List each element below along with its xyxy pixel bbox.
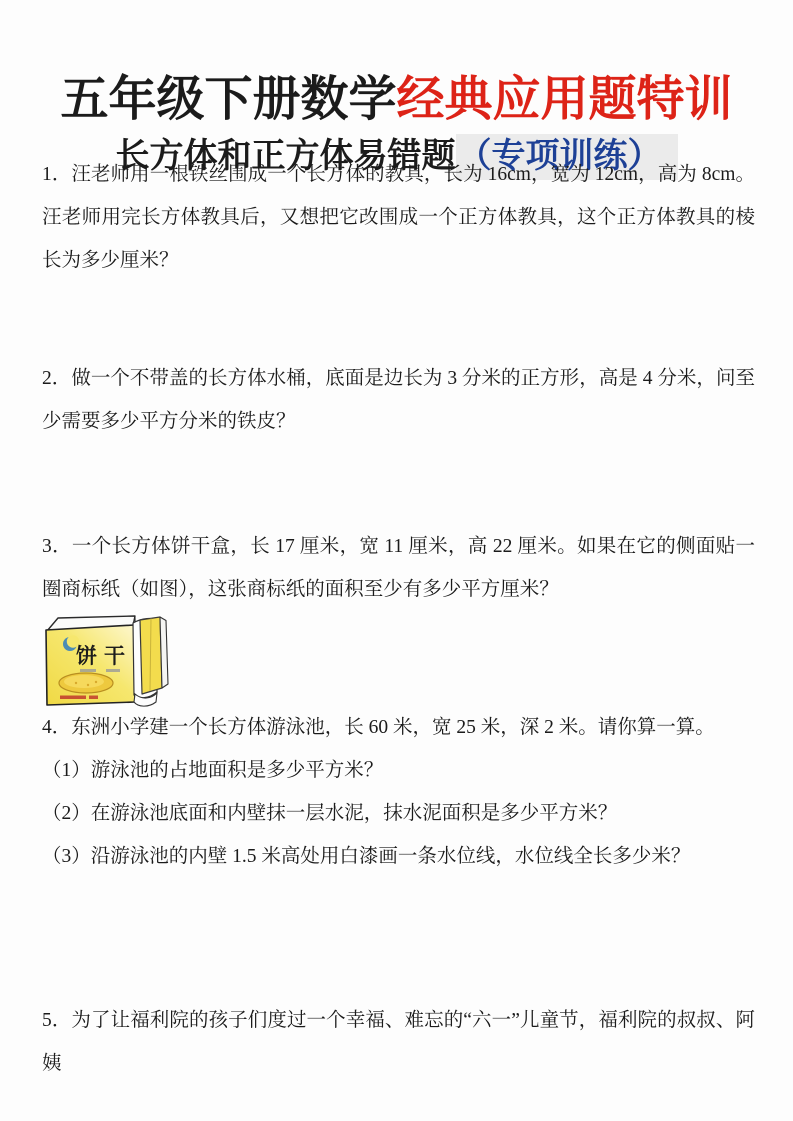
problem-4-main: 4．东洲小学建一个长方体游泳池，长 60 米，宽 25 米，深 2 米。请你算一… <box>42 706 755 749</box>
label-small-text-mark <box>80 669 96 672</box>
problem-3: 3．一个长方体饼干盒，长 17 厘米，宽 11 厘米，高 22 厘米。如果在它的… <box>42 525 755 611</box>
problem-4: 4．东洲小学建一个长方体游泳池，长 60 米，宽 25 米，深 2 米。请你算一… <box>42 706 755 878</box>
label-flap-white-edge <box>160 617 168 688</box>
title-red-part: 经典应用题特训 <box>397 73 733 126</box>
cookie-dot <box>75 682 77 684</box>
label-red-text-mark <box>89 696 98 700</box>
worksheet-page: 五年级下册数学经典应用题特训 长方体和正方体易错题（专项训练） 1．汪老师用一根… <box>0 0 793 1121</box>
problem-4-part-3: （3）沿游泳池的内壁 1.5 米高处用白漆画一条水位线，水位线全长多少米？ <box>42 835 755 878</box>
biscuit-box-illustration: 饼干 <box>42 614 174 712</box>
problem-4-part-2: （2）在游泳池底面和内壁抹一层水泥，抹水泥面积是多少平方米？ <box>42 792 755 835</box>
label-small-text-mark <box>106 669 120 672</box>
cookie-dot <box>95 681 97 683</box>
label-red-text-mark <box>60 696 86 700</box>
page-title: 五年级下册数学经典应用题特训 <box>0 72 793 128</box>
problem-2: 2．做一个不带盖的长方体水桶，底面是边长为 3 分米的正方形，高是 4 分米，问… <box>42 357 755 443</box>
biscuit-box-figure: 饼干 <box>42 614 174 712</box>
problem-4-part-1: （1）游泳池的占地面积是多少平方米？ <box>42 749 755 792</box>
problem-1: 1．汪老师用一根铁丝围成一个长方体的教具，长为 16cm，宽为 12cm，高为 … <box>42 153 755 282</box>
title-black-part: 五年级下册数学 <box>60 73 396 126</box>
cookie-highlight <box>64 675 104 688</box>
box-label-text: 饼干 <box>76 644 132 668</box>
cookie-dot <box>87 684 89 686</box>
problem-5: 5．为了让福利院的孩子们度过一个幸福、难忘的“六一”儿童节，福利院的叔叔、阿姨 <box>42 999 755 1085</box>
